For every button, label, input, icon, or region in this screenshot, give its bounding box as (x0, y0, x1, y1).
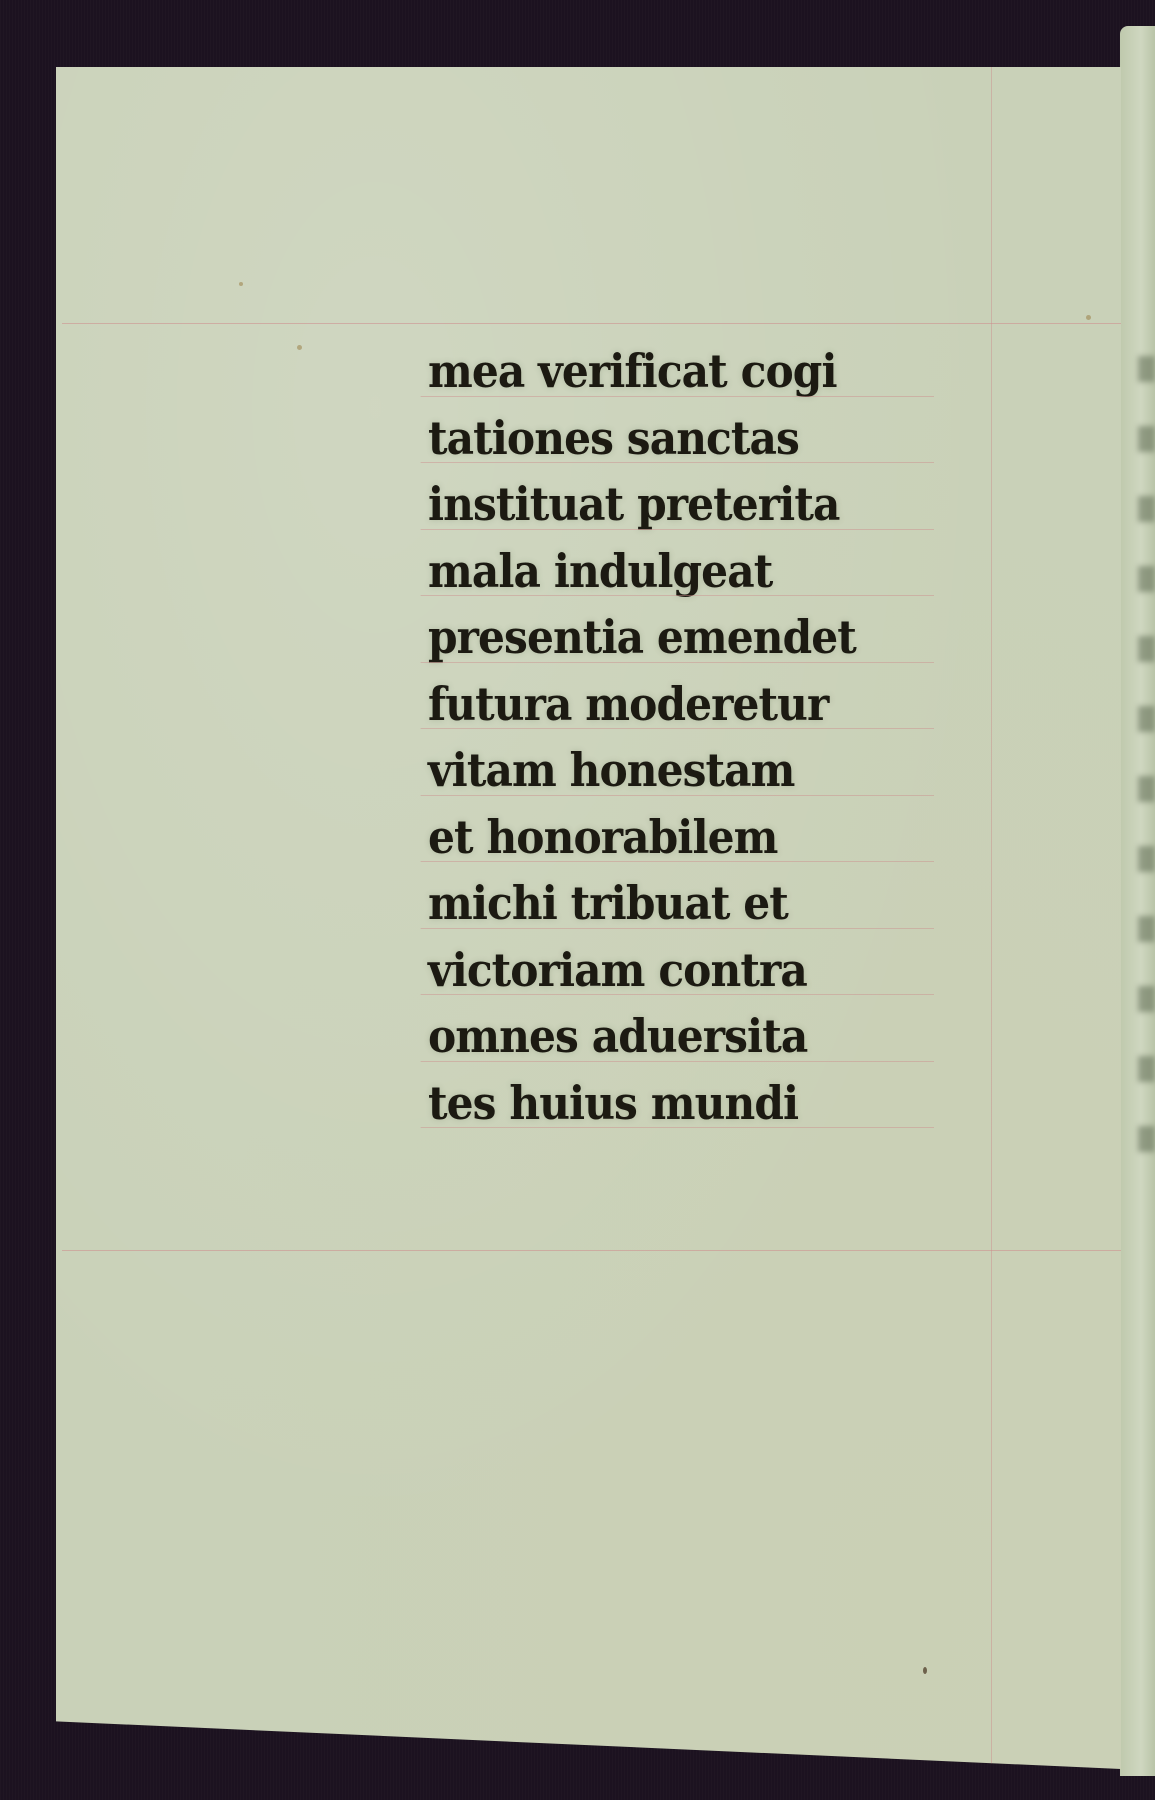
text-line: mala indulgeat (428, 538, 943, 605)
ruling-top (62, 323, 1121, 324)
text-line: tes huius mundi (428, 1070, 943, 1137)
adjacent-leaf-edge (1120, 26, 1155, 1776)
ruling-bottom (62, 1250, 1121, 1251)
text-line: michi tribuat et (428, 870, 943, 937)
text-line: presentia emendet (428, 604, 943, 671)
text-block: mea verificat cogi tationes sanctas inst… (428, 338, 988, 1136)
text-line: tationes sanctas (428, 405, 943, 472)
text-line: omnes aduersita (428, 1003, 943, 1070)
text-line: instituat preterita (428, 471, 943, 538)
text-line: vitam honestam (428, 737, 943, 804)
text-line: futura moderetur (428, 671, 943, 738)
text-line: et honorabilem (428, 804, 943, 871)
text-line: mea verificat cogi (428, 338, 943, 405)
ruling-right-margin (991, 67, 992, 1769)
text-line: victoriam contra (428, 937, 943, 1004)
